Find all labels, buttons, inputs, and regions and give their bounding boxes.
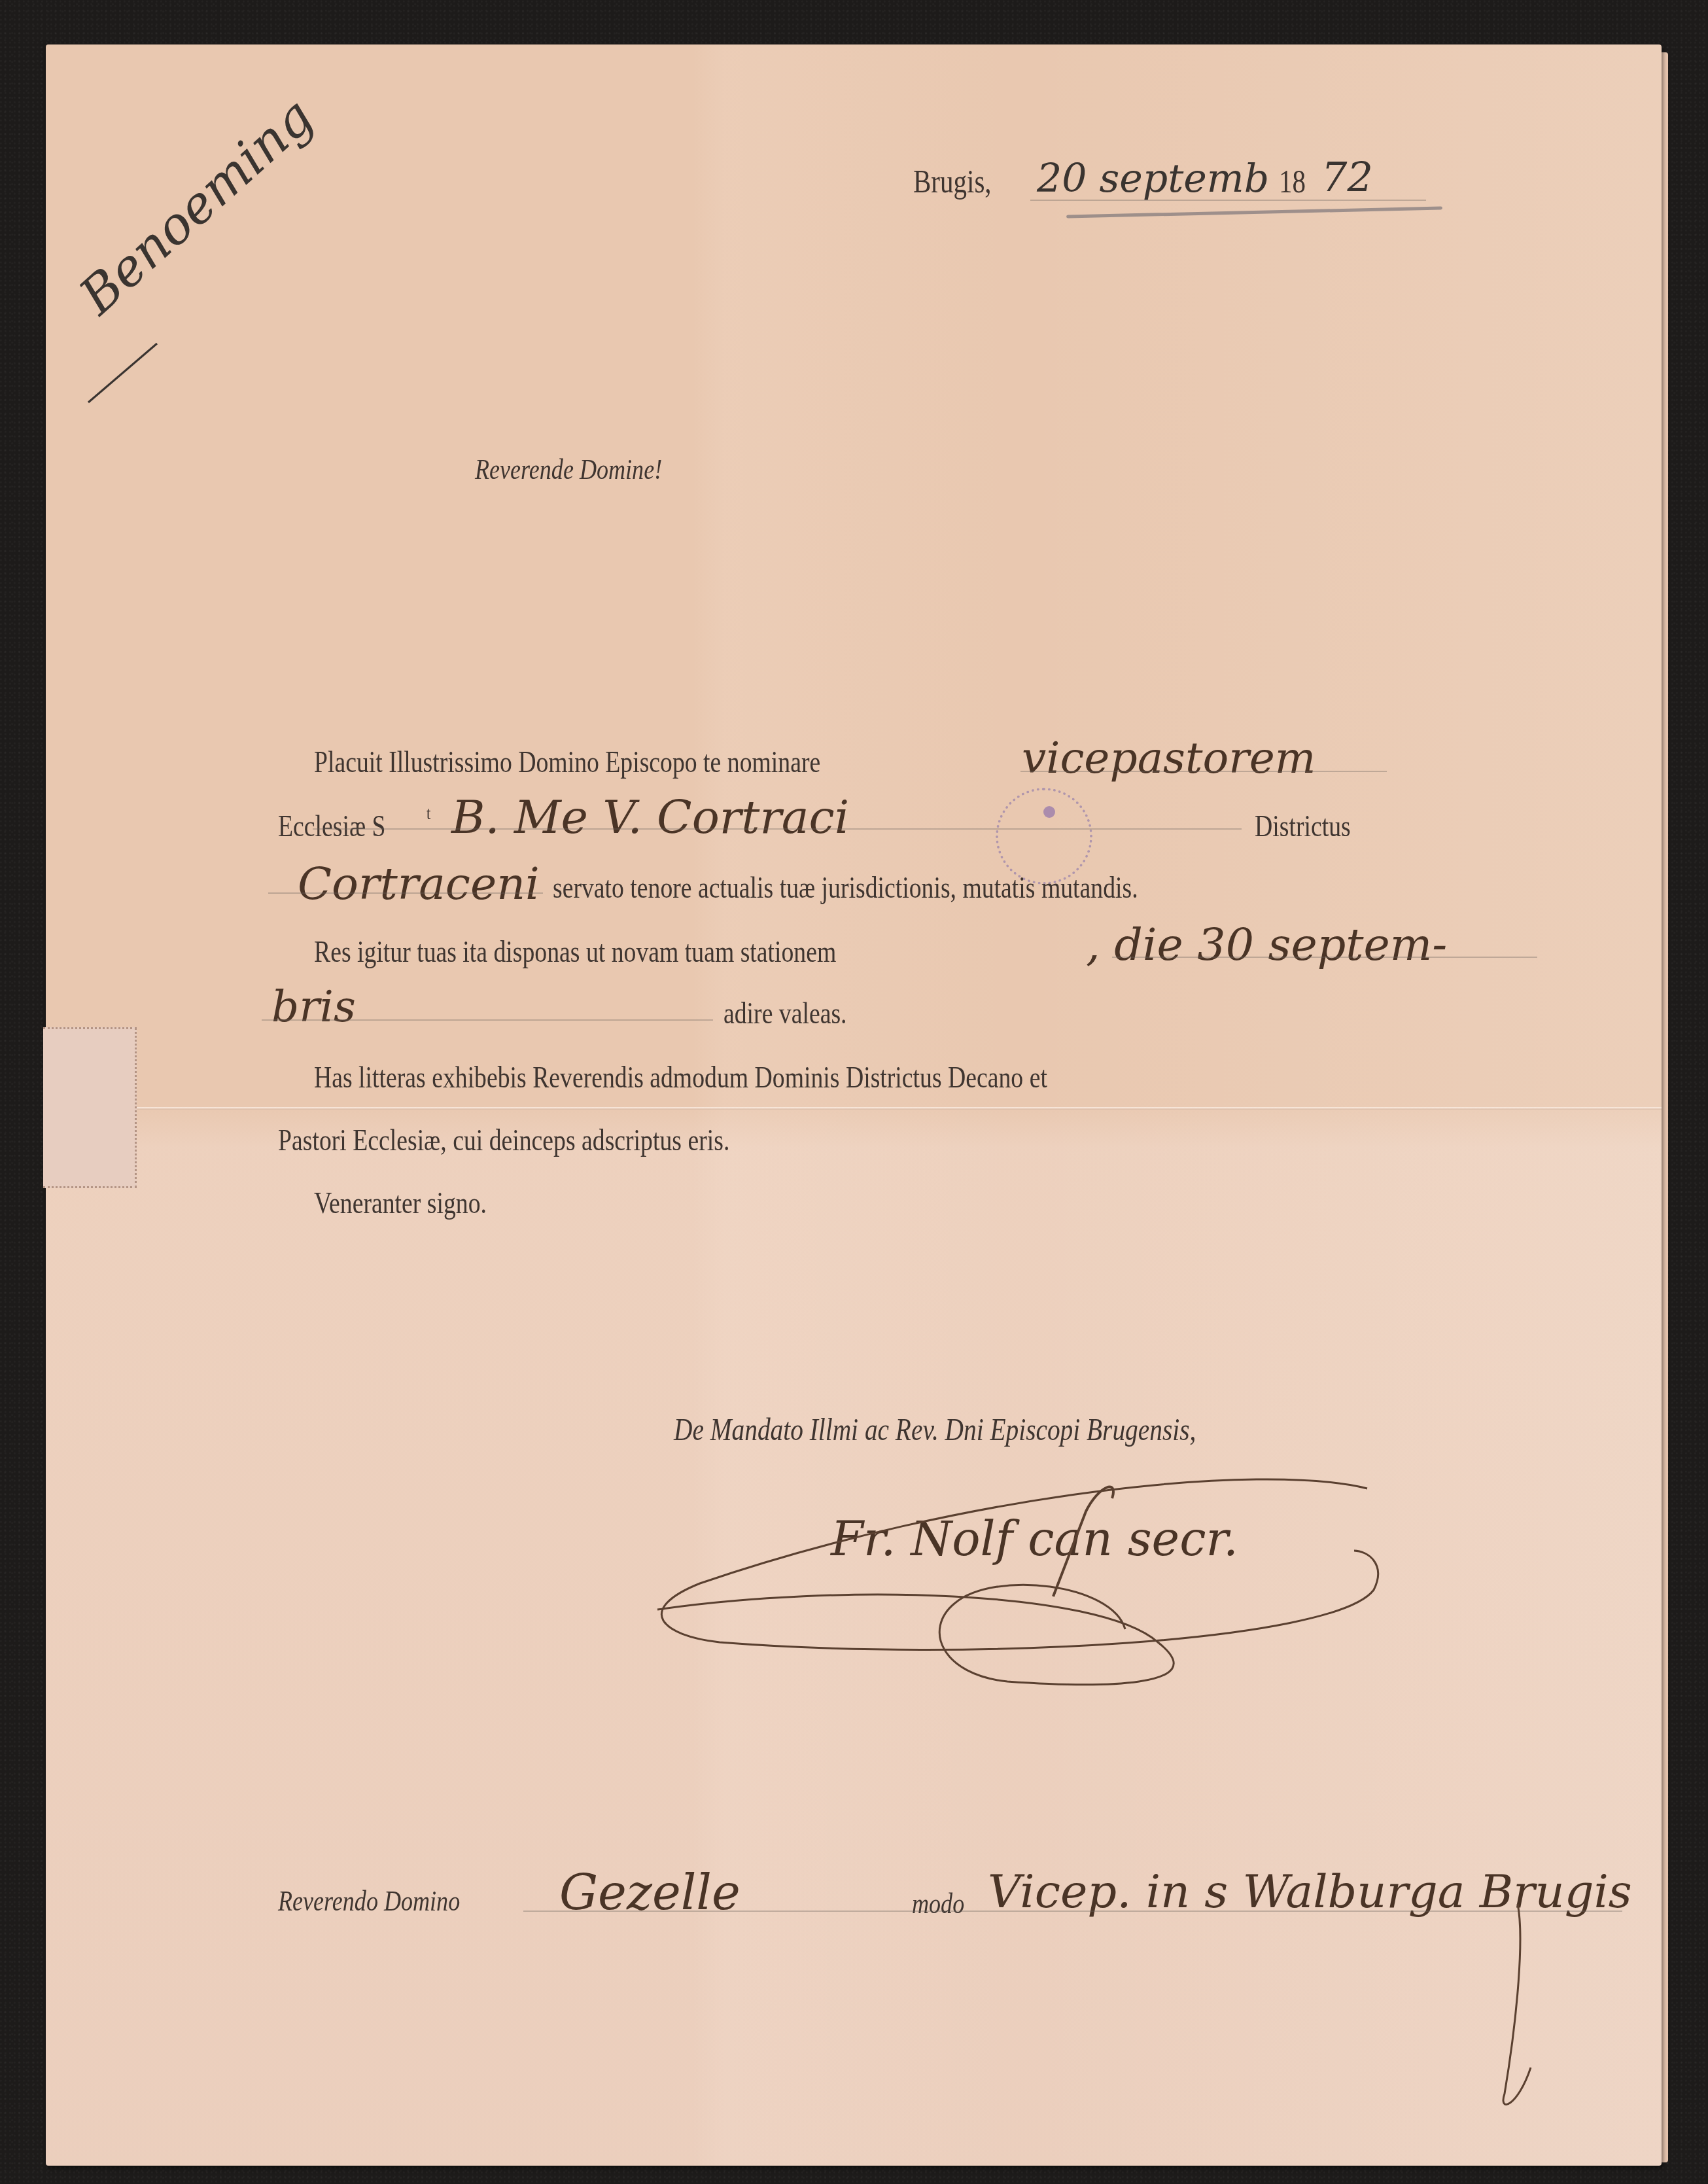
district-handwritten: Cortraceni: [298, 858, 540, 910]
year-suffix-handwritten: 72: [1321, 153, 1373, 201]
addressee-rule: [523, 1911, 1622, 1912]
paper-fold-crease: [46, 1107, 1662, 1110]
mandate-line: De Mandato Illmi ac Rev. Dni Episcopi Br…: [674, 1412, 1196, 1448]
document-paper: [46, 44, 1662, 2166]
date-continuation-handwritten: bris: [271, 981, 356, 1032]
line5-rule: [262, 1019, 713, 1021]
addressee-name-handwritten: Gezelle: [559, 1865, 741, 1921]
line4-rule: [1112, 957, 1537, 958]
place-printed: Brugis,: [913, 162, 992, 200]
body-line2-printed-start: Ecclesiæ S: [278, 809, 385, 843]
stamp-residue: [43, 1027, 137, 1188]
year-prefix-printed: 18: [1279, 162, 1306, 200]
line3-rule: [268, 892, 543, 894]
appointment-title-handwritten: vicepastorem: [1022, 733, 1316, 783]
body-line6-printed: Has litteras exhibebis Reverendis admodu…: [314, 1060, 1047, 1095]
body-line2-printed-end: Districtus: [1255, 809, 1351, 843]
body-line8-printed: Veneranter signo.: [314, 1186, 487, 1220]
body-line3-printed: servato tenore actualis tuæ jurisdiction…: [553, 870, 1138, 905]
body-line1-printed: Placuit Illustrissimo Domino Episcopo te…: [314, 745, 820, 779]
seal-center-dot: [1043, 806, 1055, 818]
date-of-installation-handwritten: , die 30 septem-: [1086, 919, 1447, 971]
addressee-modo: modo: [912, 1887, 964, 1920]
line2-rule: [313, 828, 1242, 830]
body-line7-printed: Pastori Ecclesiæ, cui deinceps adscriptu…: [278, 1123, 729, 1157]
church-name-handwritten: B. Me V. Cortraci: [451, 790, 849, 844]
line1-rule: [1020, 771, 1387, 772]
body-line5-printed: adire valeas.: [723, 996, 846, 1030]
addressee-label: Reverendo Domino: [278, 1884, 460, 1918]
addressee-descender-flourish: [1491, 1897, 1570, 2120]
signature-flourish: [641, 1472, 1413, 1682]
body-line2-superscript: t: [427, 803, 430, 824]
date-rule-line: [1030, 200, 1426, 201]
salutation: Reverende Domine!: [475, 453, 662, 486]
body-line4-printed: Res igitur tuas ita disponas ut novam tu…: [314, 934, 836, 969]
date-handwritten: 20 septemb: [1037, 156, 1269, 202]
margin-note-tail: [85, 340, 164, 406]
